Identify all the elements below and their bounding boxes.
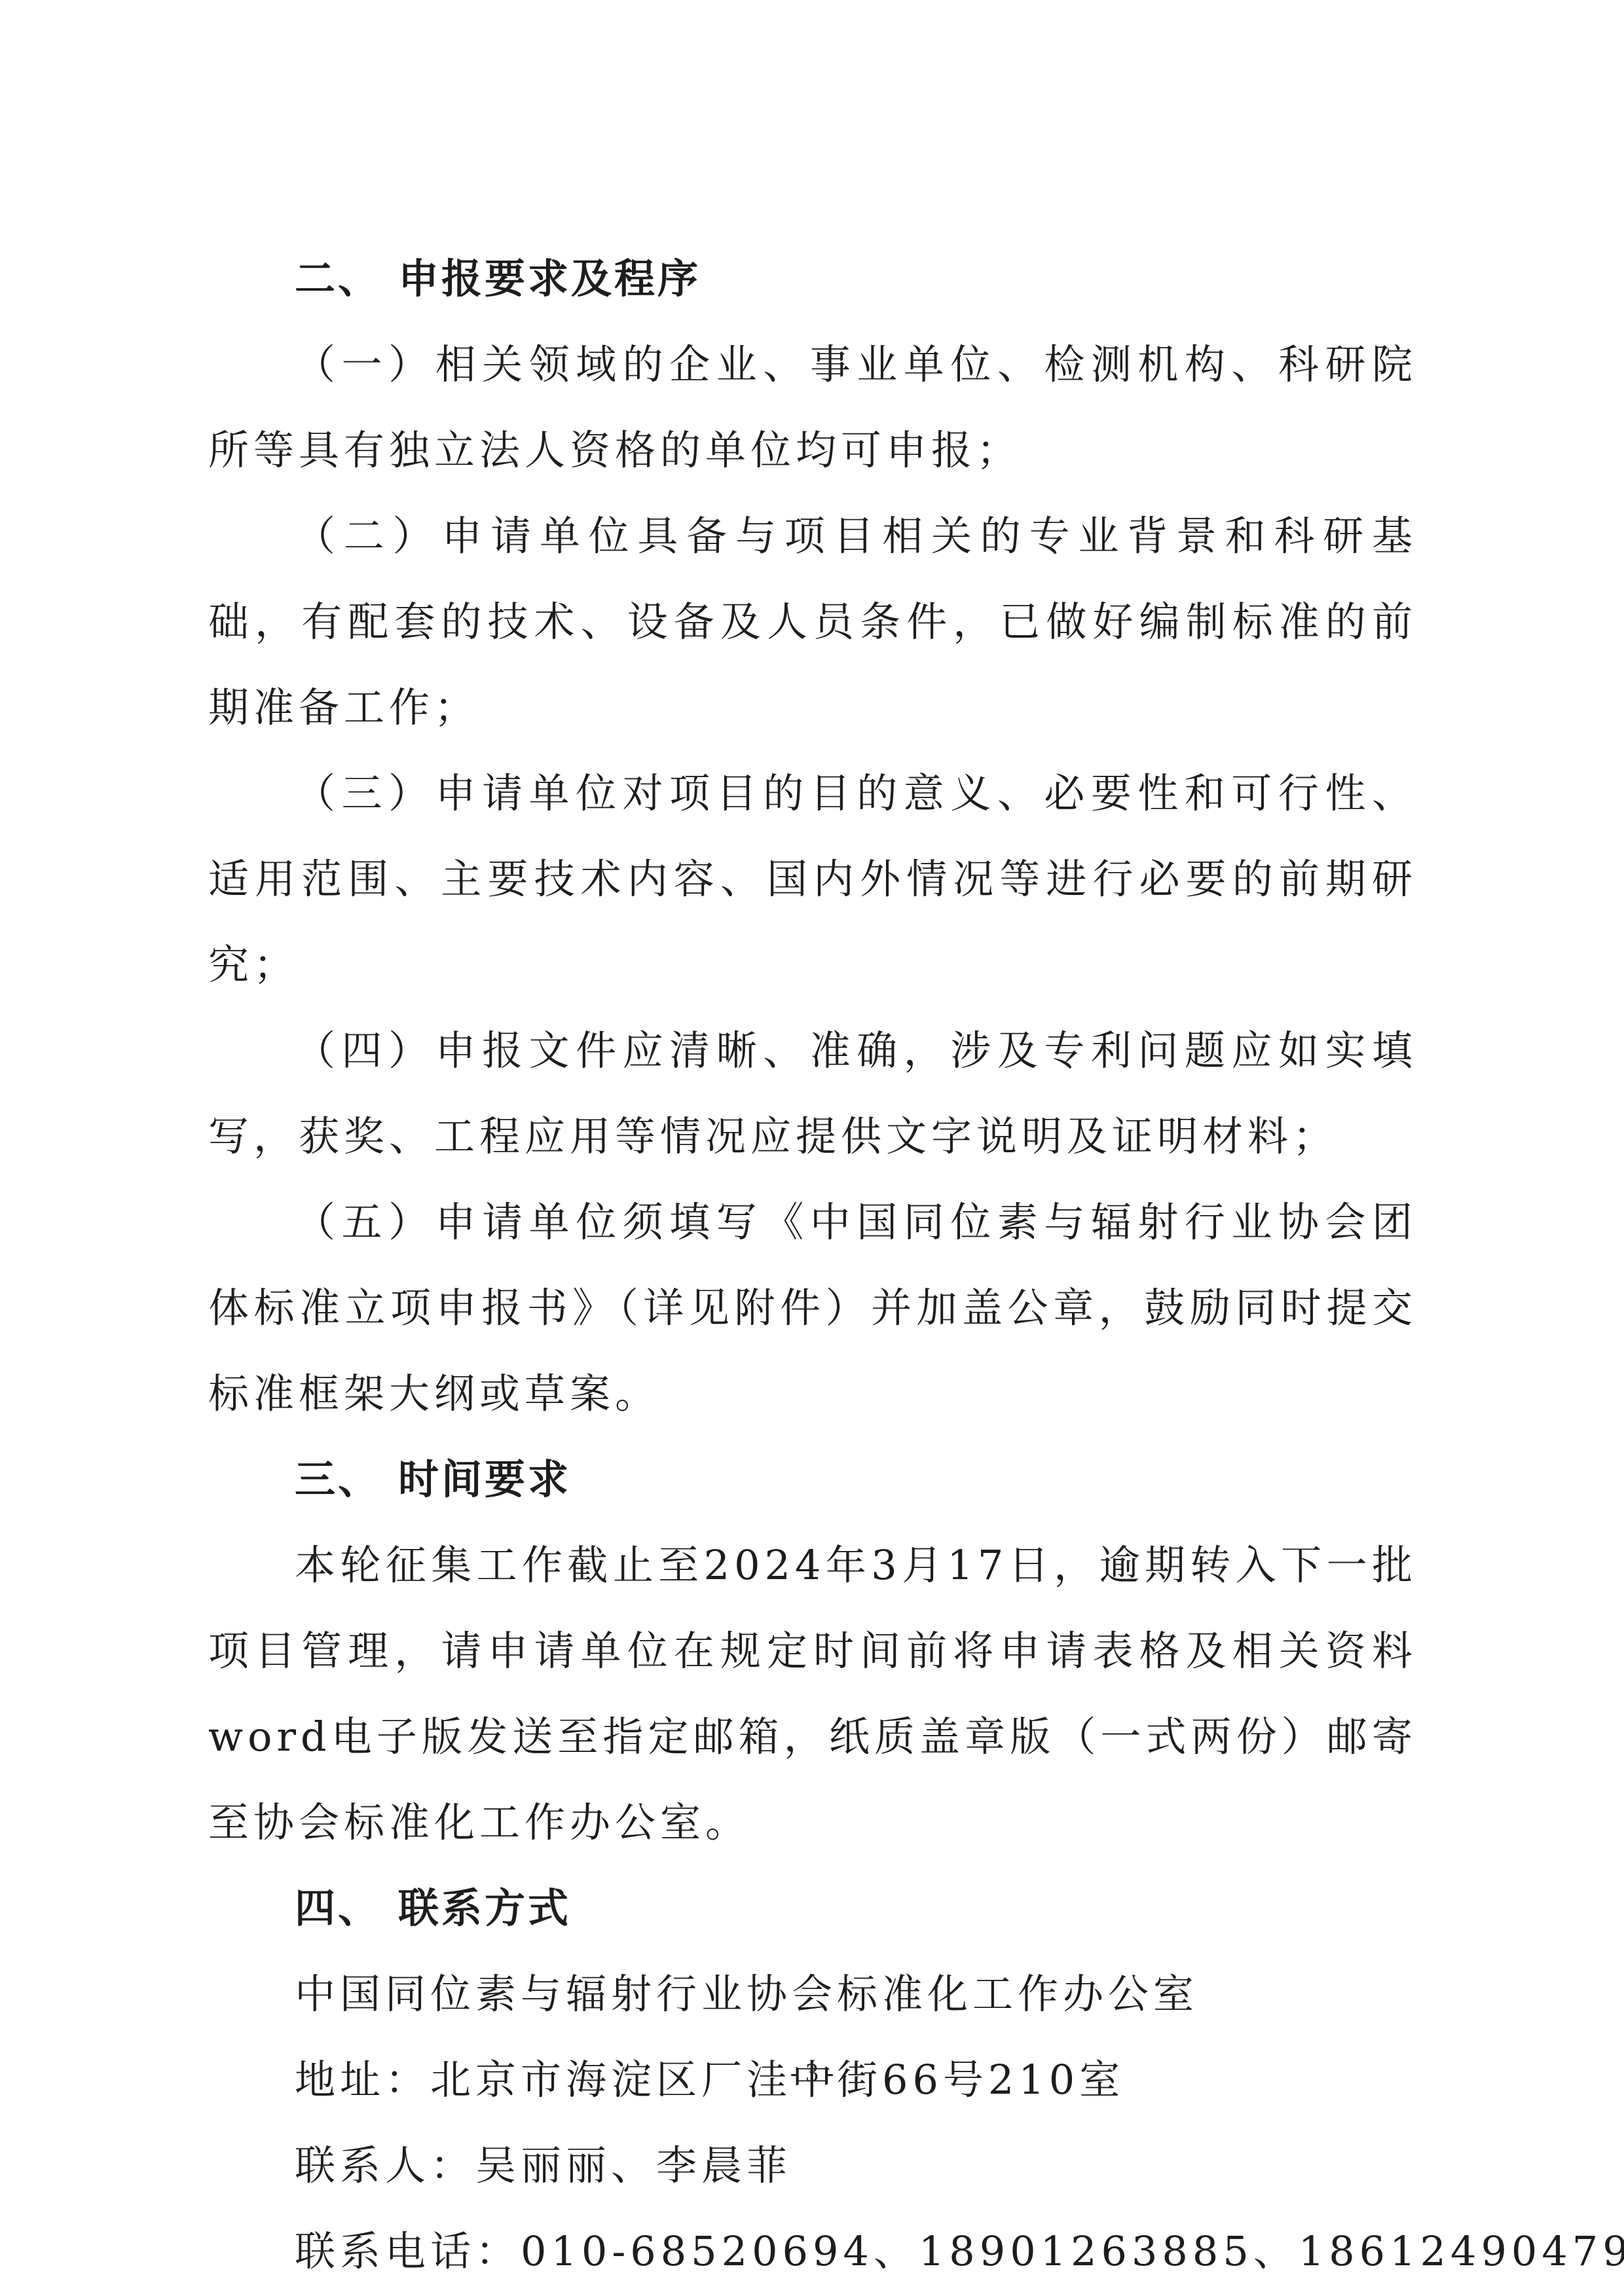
contact-organization: 中国同位素与辐射行业协会标准化工作办公室 [208, 1951, 1417, 2037]
deadline-paragraph: 本轮征集工作截止至2024年3月17日，逾期转入下一批项目管理，请申请单位在规定… [208, 1522, 1417, 1865]
requirement-item-2: （二）申请单位具备与项目相关的专业背景和科研基础，有配套的技术、设备及人员条件，… [208, 493, 1417, 750]
section-number: 三、 [295, 1455, 381, 1503]
section-time-requirements: 三、时间要求 本轮征集工作截止至2024年3月17日，逾期转入下一批项目管理，请… [208, 1436, 1417, 1865]
requirement-item-5: （五）申请单位须填写《中国同位素与辐射行业协会团体标准立项申报书》（详见附件）并… [208, 1179, 1417, 1436]
contact-persons: 联系人：吴丽丽、李晨菲 [208, 2123, 1417, 2208]
requirement-item-3: （三）申请单位对项目的目的意义、必要性和可行性、适用范围、主要技术内容、国内外情… [208, 750, 1417, 1008]
section-title: 时间要求 [398, 1455, 571, 1503]
requirement-item-1: （一）相关领域的企业、事业单位、检测机构、科研院所等具有独立法人资格的单位均可申… [208, 321, 1417, 493]
section-application-requirements: 二、申报要求及程序 （一）相关领域的企业、事业单位、检测机构、科研院所等具有独立… [208, 236, 1417, 1436]
requirement-item-4: （四）申报文件应清晰、准确，涉及专利问题应如实填写，获奖、工程应用等情况应提供文… [208, 1008, 1417, 1179]
document-page: 二、申报要求及程序 （一）相关领域的企业、事业单位、检测机构、科研院所等具有独立… [0, 0, 1624, 2296]
contact-phones: 联系电话：010-68520694、18901263885、1861249047… [208, 2208, 1417, 2294]
section-number: 四、 [295, 1884, 381, 1932]
section-heading: 二、申报要求及程序 [208, 236, 1417, 321]
section-title: 申报要求及程序 [398, 255, 701, 302]
page-number: - 3 - [0, 2057, 1624, 2088]
section-title: 联系方式 [398, 1884, 571, 1932]
document-body: 二、申报要求及程序 （一）相关领域的企业、事业单位、检测机构、科研院所等具有独立… [208, 236, 1417, 2294]
section-heading: 四、联系方式 [208, 1865, 1417, 1951]
section-number: 二、 [295, 255, 381, 302]
section-heading: 三、时间要求 [208, 1436, 1417, 1522]
